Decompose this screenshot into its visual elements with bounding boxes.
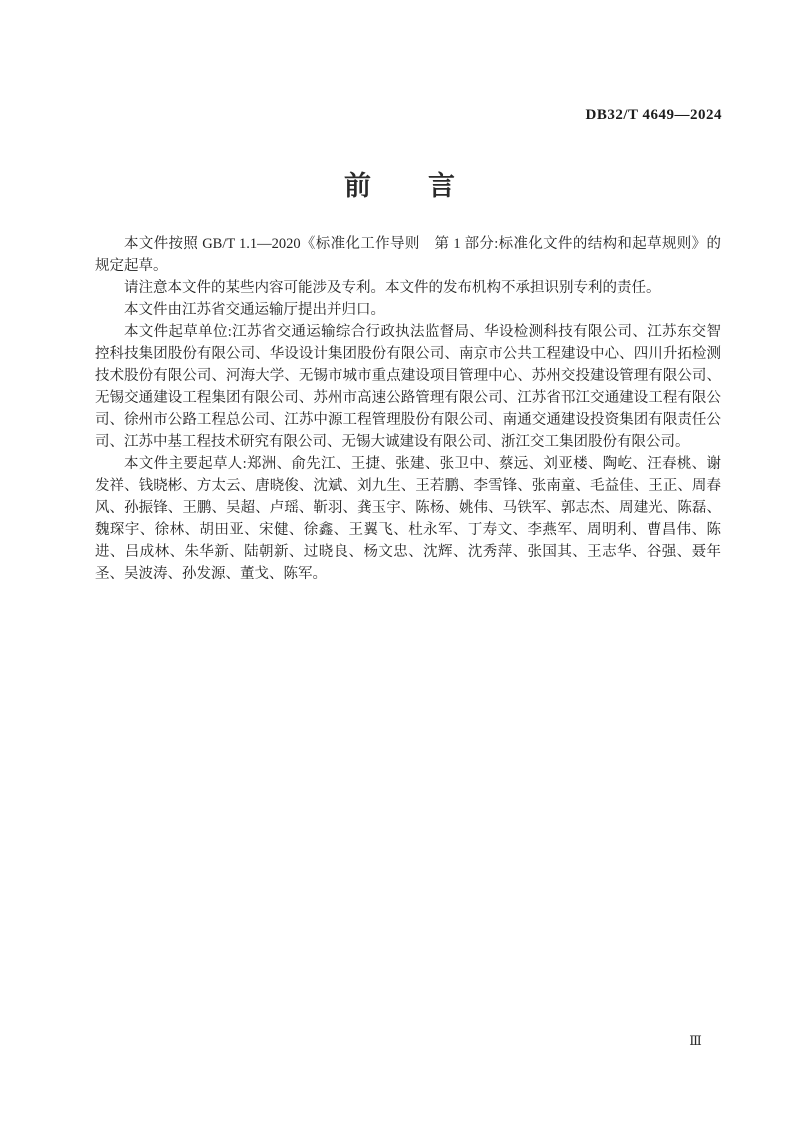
page-number-value: Ⅲ [689,1033,703,1048]
paragraph-patent-notice: 请注意本文件的某些内容可能涉及专利。本文件的发布机构不承担识别专利的责任。 [95,277,721,299]
foreword-title: 前 言 [0,164,800,203]
paragraph-drafting-organizations: 本文件起草单位:江苏省交通运输综合行政执法监督局、华设检测科技有限公司、江苏东交… [95,321,721,453]
paragraph-main-drafters: 本文件主要起草人:郑洲、俞先江、王捷、张建、张卫中、蔡远、刘亚楼、陶屹、汪春桃、… [95,453,721,585]
standard-code-header: DB32/T 4649—2024 [586,107,723,124]
paragraph-proposing-body: 本文件由江苏省交通运输厅提出并归口。 [95,299,721,321]
paragraph-drafting-rules: 本文件按照 GB/T 1.1—2020《标准化工作导则 第 1 部分:标准化文件… [95,233,721,277]
standard-document-page: DB32/T 4649—2024 前 言 本文件按照 GB/T 1.1—2020… [0,0,800,1123]
foreword-body: 本文件按照 GB/T 1.1—2020《标准化工作导则 第 1 部分:标准化文件… [95,233,721,585]
page-number: Ⅲ [0,1033,800,1049]
